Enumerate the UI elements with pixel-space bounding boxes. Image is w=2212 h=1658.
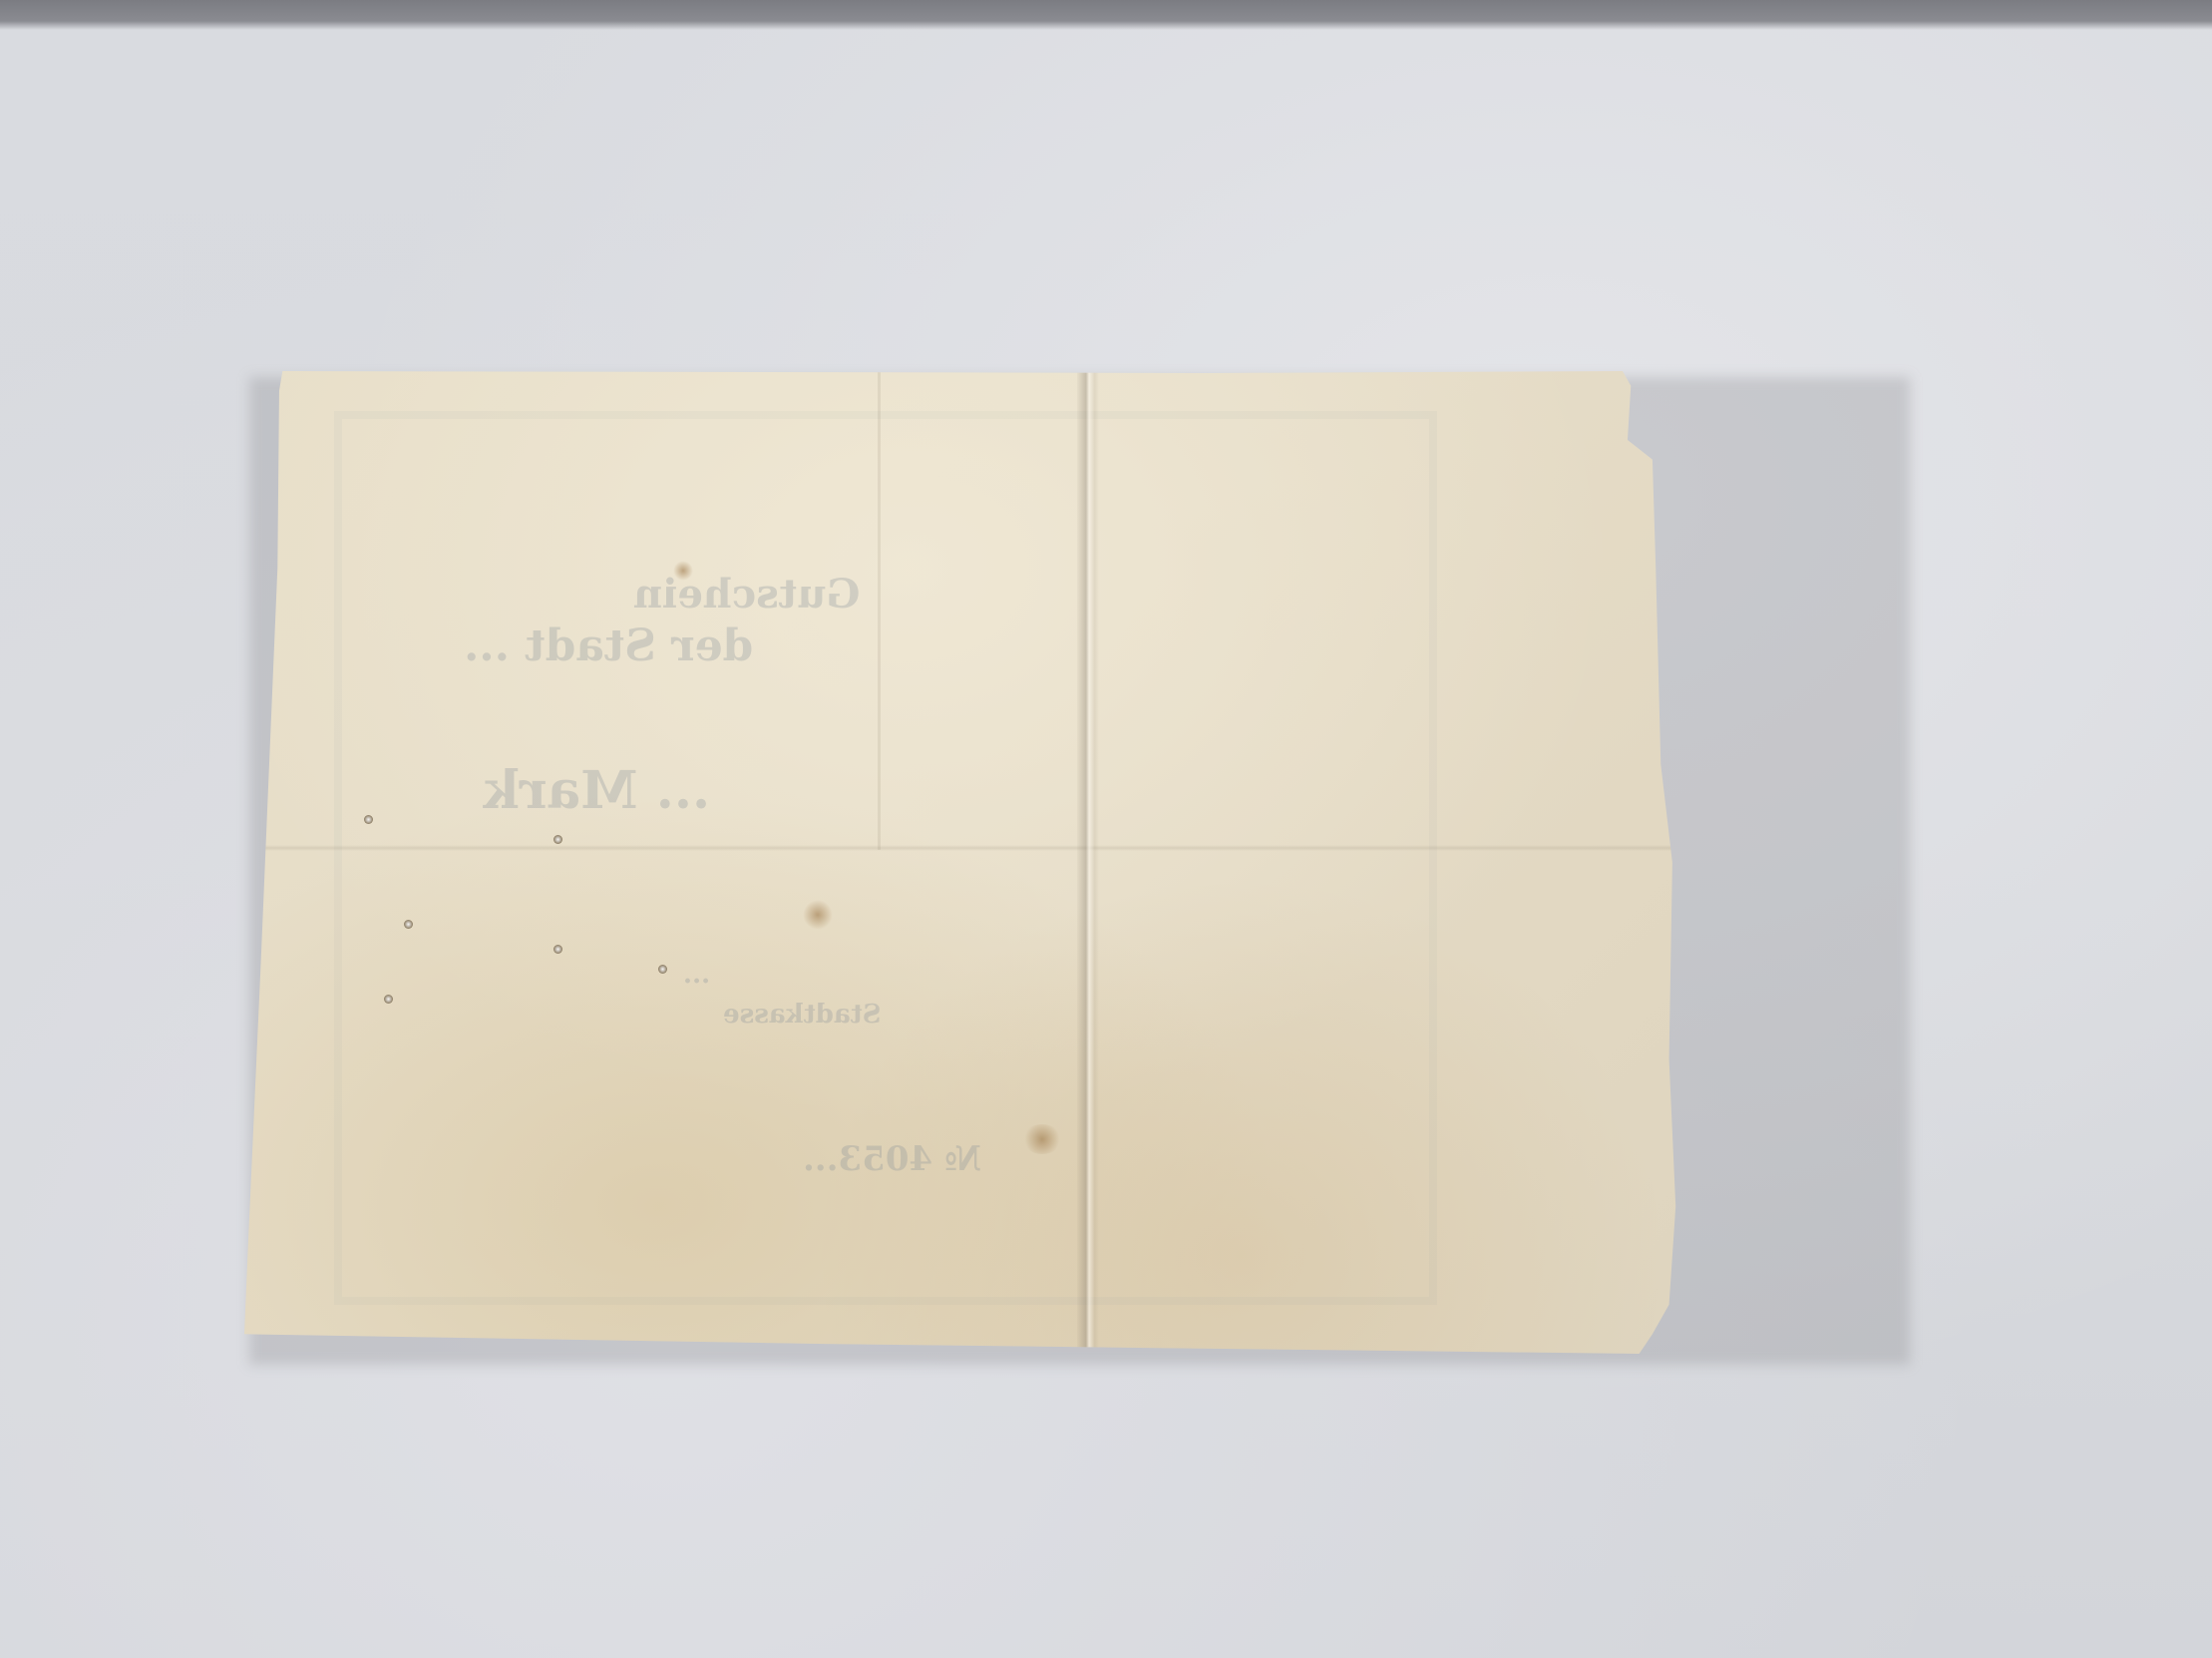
- pin-hole: [553, 945, 562, 954]
- top-shadow-band: [0, 0, 2212, 30]
- pin-hole: [404, 920, 413, 929]
- bleed-through-line-3: ... Mark: [484, 760, 710, 821]
- pin-hole: [553, 835, 562, 844]
- pin-hole: [384, 995, 393, 1004]
- stain-spot: [673, 561, 693, 581]
- pin-hole: [364, 815, 373, 824]
- horizontal-fold: [244, 845, 1905, 851]
- crease-line: [878, 371, 881, 850]
- stain-spot: [1022, 1124, 1062, 1154]
- bleed-through-line-4: ...: [683, 960, 710, 990]
- center-fold: [1077, 371, 1099, 1354]
- bleed-through-line-2: der Stadt ...: [464, 621, 753, 671]
- bleed-through-serial: № 4053...: [803, 1139, 981, 1179]
- stain-spot: [803, 900, 833, 930]
- bleed-through-line-5: Stadtkasse: [723, 1000, 882, 1030]
- bleed-through-line-1: Gutschein: [633, 571, 860, 618]
- pin-hole: [658, 965, 667, 974]
